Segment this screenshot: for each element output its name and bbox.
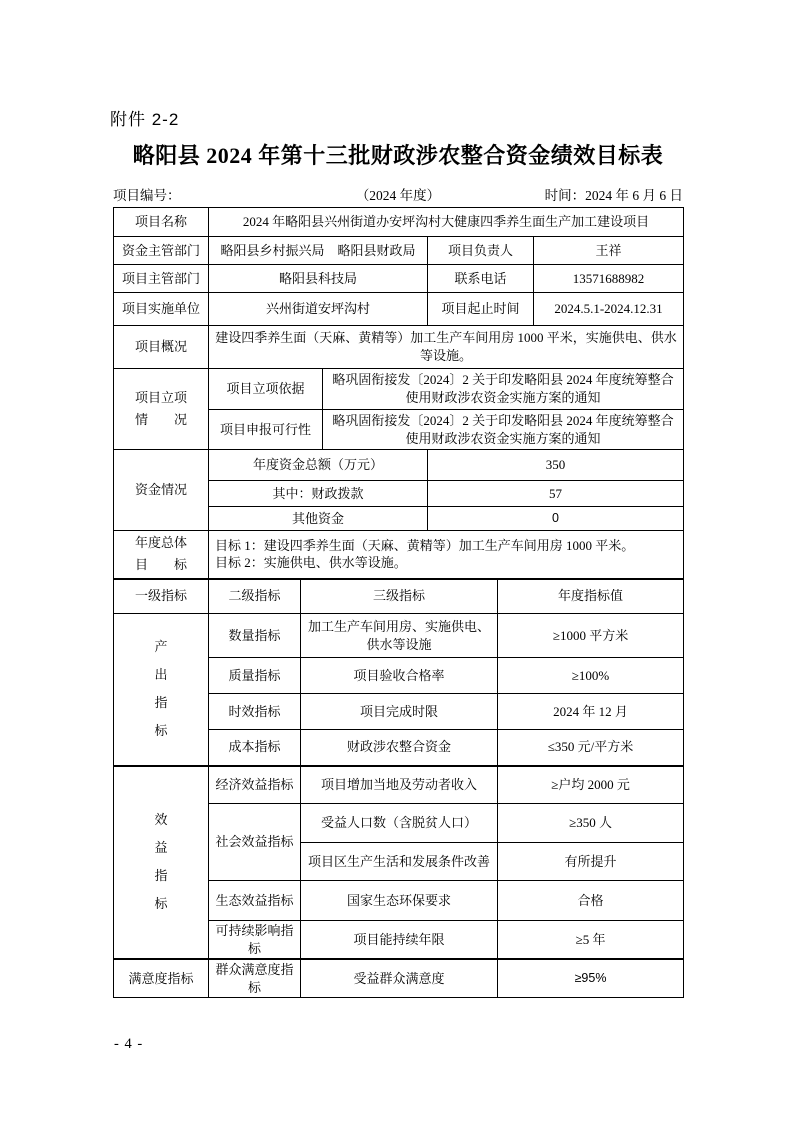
satisfaction-indicator-label: 群众满意度指标	[209, 959, 301, 998]
funding-fiscal-value: 57	[428, 481, 684, 507]
benefit-label-char: 效	[117, 806, 205, 834]
project-number-label: 项目编号：	[113, 184, 181, 204]
annual-goal-label-line1: 年度总体	[117, 532, 205, 554]
quantity-indicator-label: 数量指标	[209, 614, 301, 658]
overview-label: 项目概况	[114, 326, 209, 369]
social-benefit-label: 社会效益指标	[209, 804, 301, 881]
approval-feasibility-label: 项目申报可行性	[209, 410, 323, 450]
project-name-value: 2024 年略阳县兴州街道办安坪沟村大健康四季养生面生产加工建设项目	[209, 208, 684, 237]
output-label-char: 产	[117, 633, 205, 661]
funding-section-label: 资金情况	[114, 450, 209, 531]
economic-benefit-value: ≥户均 2000 元	[498, 766, 684, 804]
approval-label-line1: 项目立项	[117, 387, 205, 409]
project-dept-label: 项目主管部门	[114, 265, 209, 293]
funding-fiscal-label: 其中：财政拨款	[209, 481, 428, 507]
annual-goal-2: 目标 2：实施供电、供水等设施。	[215, 554, 680, 572]
quality-indicator-value: ≥100%	[498, 658, 684, 694]
timeliness-indicator-detail: 项目完成时限	[301, 694, 498, 730]
ecological-benefit-detail: 国家生态环保要求	[301, 881, 498, 921]
cost-indicator-value: ≤350 元/平方米	[498, 730, 684, 766]
economic-benefit-label: 经济效益指标	[209, 766, 301, 804]
annual-goal-label: 年度总体 目 标	[114, 531, 209, 579]
attachment-label: 附件 2-2	[110, 105, 179, 130]
quantity-indicator-value: ≥1000 平方米	[498, 614, 684, 658]
indicator-header-level3: 三级指标	[301, 579, 498, 614]
annual-goal-label-line2: 目 标	[117, 554, 205, 576]
impl-unit-label: 项目实施单位	[114, 293, 209, 326]
fund-dept-value: 略阳县乡村振兴局 略阳县财政局	[209, 237, 428, 265]
date-label: 时间：2024 年 6 月 6 日	[545, 184, 683, 204]
approval-section-label: 项目立项 情 况	[114, 369, 209, 450]
page-number: - 4 -	[114, 1036, 143, 1053]
document-title: 略阳县 2024 年第十三批财政涉农整合资金绩效目标表	[113, 139, 683, 170]
impl-unit-value: 兴州街道安坪沟村	[209, 293, 428, 326]
ecological-benefit-label: 生态效益指标	[209, 881, 301, 921]
phone-value: 13571688982	[534, 265, 684, 293]
benefit-indicator-section-label: 效 益 指 标	[114, 766, 209, 960]
satisfaction-indicator-value: ≥95%	[498, 959, 684, 998]
output-label-char: 标	[117, 717, 205, 745]
beneficiary-population-detail: 受益人口数（含脱贫人口）	[301, 804, 498, 843]
approval-label-line2: 情 况	[117, 409, 205, 431]
year-label: （2024 年度）	[356, 184, 440, 204]
quantity-indicator-detail: 加工生产车间用房、实施供电、供水等设施	[301, 614, 498, 658]
project-name-label: 项目名称	[114, 208, 209, 237]
benefit-label-char: 指	[117, 862, 205, 890]
approval-feasibility-value: 略巩固衔接发〔2024〕2 关于印发略阳县 2024 年度统筹整合使用财政涉农资…	[323, 410, 684, 450]
output-indicator-section-label: 产 出 指 标	[114, 614, 209, 766]
duration-label: 项目起止时间	[428, 293, 534, 326]
phone-label: 联系电话	[428, 265, 534, 293]
funding-other-value: 0	[428, 507, 684, 531]
duration-value: 2024.5.1-2024.12.31	[534, 293, 684, 326]
project-dept-value: 略阳县科技局	[209, 265, 428, 293]
indicator-header-level1: 一级指标	[114, 579, 209, 614]
sustainability-indicator-label: 可持续影响指标	[209, 921, 301, 960]
approval-basis-label: 项目立项依据	[209, 369, 323, 410]
funding-total-label: 年度资金总额（万元）	[209, 450, 428, 481]
timeliness-indicator-value: 2024 年 12 月	[498, 694, 684, 730]
output-label-char: 指	[117, 689, 205, 717]
satisfaction-section-label: 满意度指标	[114, 959, 209, 998]
satisfaction-indicator-detail: 受益群众满意度	[301, 959, 498, 998]
overview-value: 建设四季养生面（天麻、黄精等）加工生产车间用房 1000 平米，实施供电、供水等…	[209, 326, 684, 369]
funding-total-value: 350	[428, 450, 684, 481]
leader-value: 王祥	[534, 237, 684, 265]
timeliness-indicator-label: 时效指标	[209, 694, 301, 730]
output-label-char: 出	[117, 661, 205, 689]
benefit-label-char: 益	[117, 834, 205, 862]
quality-indicator-label: 质量指标	[209, 658, 301, 694]
meta-row: 项目编号： （2024 年度） 时间：2024 年 6 月 6 日	[113, 184, 683, 204]
living-condition-value: 有所提升	[498, 843, 684, 881]
performance-target-table: 项目名称 2024 年略阳县兴州街道办安坪沟村大健康四季养生面生产加工建设项目 …	[113, 207, 684, 998]
living-condition-detail: 项目区生产生活和发展条件改善	[301, 843, 498, 881]
funding-other-label: 其他资金	[209, 507, 428, 531]
fund-dept-label: 资金主管部门	[114, 237, 209, 265]
economic-benefit-detail: 项目增加当地及劳动者收入	[301, 766, 498, 804]
indicator-header-level2: 二级指标	[209, 579, 301, 614]
ecological-benefit-value: 合格	[498, 881, 684, 921]
sustainability-indicator-value: ≥5 年	[498, 921, 684, 960]
cost-indicator-label: 成本指标	[209, 730, 301, 766]
annual-goal-1: 目标 1：建设四季养生面（天麻、黄精等）加工生产车间用房 1000 平米。	[215, 537, 680, 555]
cost-indicator-detail: 财政涉农整合资金	[301, 730, 498, 766]
benefit-label-char: 标	[117, 890, 205, 918]
annual-goal-value: 目标 1：建设四季养生面（天麻、黄精等）加工生产车间用房 1000 平米。 目标…	[209, 531, 684, 579]
leader-label: 项目负责人	[428, 237, 534, 265]
indicator-header-value: 年度指标值	[498, 579, 684, 614]
beneficiary-population-value: ≥350 人	[498, 804, 684, 843]
quality-indicator-detail: 项目验收合格率	[301, 658, 498, 694]
approval-basis-value: 略巩固衔接发〔2024〕2 关于印发略阳县 2024 年度统筹整合使用财政涉农资…	[323, 369, 684, 410]
sustainability-indicator-detail: 项目能持续年限	[301, 921, 498, 960]
